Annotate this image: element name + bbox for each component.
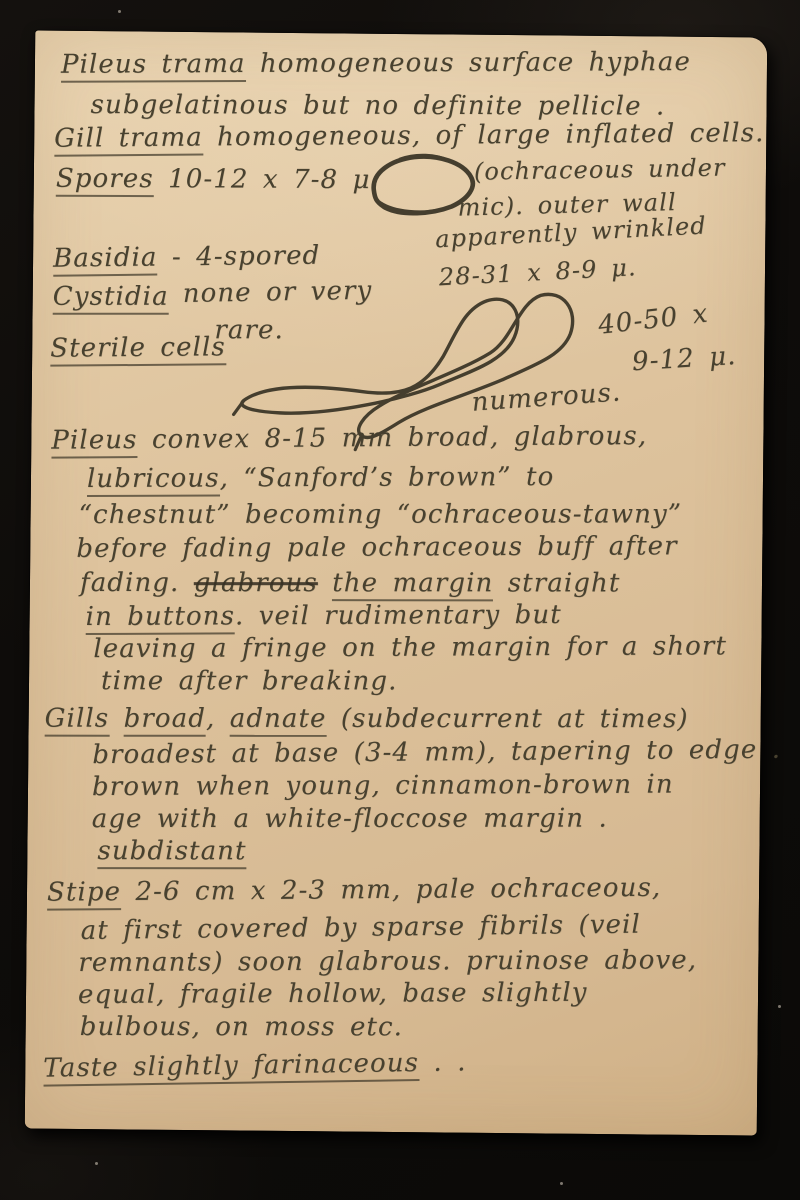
dust-speck (778, 1005, 781, 1008)
note-line-d4: equal, fragile hollow, base slightly (78, 979, 588, 1011)
note-text-segment: . veil rudimentary but (235, 600, 562, 631)
note-text-segment: broad (124, 704, 206, 737)
note-text-segment: “chestnut” becoming “ochraceous-tawny” (79, 499, 683, 530)
note-line-n2: 9-12 μ. (631, 342, 737, 378)
note-line-b5: fading. glabrous the margin straight (80, 569, 620, 599)
note-line-b4: before fading pale ochraceous buff after (76, 532, 677, 565)
note-line-a8: Sterile cells (50, 333, 226, 364)
note-text-segment: . . (419, 1047, 467, 1078)
note-text-segment: Spores (56, 164, 154, 197)
note-line-b7: leaving a fringe on the margin for a sho… (93, 632, 727, 665)
note-text-segment: age with a white-floccose margin . (92, 804, 608, 834)
note-line-a1: Pileus trama homogeneous surface hyphae (61, 48, 691, 81)
note-text-segment: equal, fragile hollow, base slightly (78, 978, 588, 1010)
note-text-segment: 40-50 x (597, 299, 710, 341)
spore-sketch (363, 150, 482, 223)
note-text-segment: 10-12 x 7-8 μ (154, 164, 371, 195)
note-text-segment: Basidia (53, 243, 158, 277)
note-text-segment: , (206, 704, 230, 734)
note-text-segment: fading. (80, 568, 194, 598)
note-text-segment: time after breaking. (101, 666, 397, 696)
dust-speck (95, 1162, 98, 1165)
note-text-segment (109, 704, 123, 734)
sterile-cells-sketch (227, 282, 591, 477)
note-line-a5: Basidia - 4-spored (53, 242, 321, 275)
note-text-segment: Gill trama (54, 123, 203, 157)
note-line-a6: Cystidia (53, 283, 169, 313)
note-text-segment: in buttons (86, 601, 236, 635)
note-text-segment: homogeneous, of large inflated cells. (203, 118, 765, 152)
note-text-segment: Sterile cells (50, 332, 226, 366)
note-text-segment: - 4-spored (157, 241, 320, 273)
note-text-segment: at first covered by sparse fibrils (veil (80, 910, 641, 946)
note-line-c1: Gills broad, adnate (subdecurrent at tim… (45, 705, 689, 735)
note-line-d2: at first covered by sparse fibrils (veil (80, 911, 641, 947)
note-line-n1: 40-50 x (597, 300, 710, 342)
note-line-c5: subdistant (97, 837, 246, 867)
note-text-segment: Cystidia (53, 282, 169, 315)
note-text-segment (318, 568, 332, 598)
note-text-segment: Stipe (47, 877, 121, 911)
note-text-segment: 2-6 cm x 2-3 mm, pale ochraceous, (121, 873, 661, 907)
note-card: Pileus trama homogeneous surface hyphaes… (25, 31, 768, 1136)
note-text-segment: Pileus trama (61, 49, 246, 83)
note-text-segment: homogeneous surface hyphae (245, 47, 691, 79)
note-text-segment: 9-12 μ. (631, 341, 737, 377)
note-line-c3: brown when young, cinnamon-brown in (92, 771, 674, 803)
note-text-segment: lubricous (87, 463, 220, 497)
note-line-b8: time after breaking. (101, 667, 397, 697)
note-text-segment: (subdecurrent at times) (327, 704, 689, 734)
note-line-a4: Spores 10-12 x 7-8 μ (56, 165, 371, 196)
note-text-segment: subgelatinous but no definite pellicle . (91, 90, 666, 122)
note-line-c2: broadest at base (3-4 mm), tapering to e… (92, 736, 781, 771)
note-text-segment: adnate (230, 704, 327, 737)
note-line-d3: remnants) soon glabrous. pruinose above, (78, 946, 697, 979)
note-text-segment: broadest at base (3-4 mm), tapering to e… (92, 735, 781, 770)
note-text-segment: Pileus (51, 425, 137, 459)
note-text-segment: Taste slightly farinaceous (43, 1048, 419, 1087)
note-text-segment: leaving a fringe on the margin for a sho… (93, 631, 727, 664)
note-text-segment: (ochraceous under (474, 154, 726, 186)
note-line-d1: Stipe 2-6 cm x 2-3 mm, pale ochraceous, (47, 874, 661, 909)
photo-background: Pileus trama homogeneous surface hyphaes… (0, 0, 800, 1200)
note-text-segment: bulbous, on moss etc. (80, 1012, 403, 1042)
note-line-d5: bulbous, on moss etc. (80, 1013, 403, 1043)
note-text-segment: glabrous (194, 568, 318, 598)
dust-speck (118, 10, 121, 13)
note-text-segment: Gills (45, 704, 110, 737)
note-text-segment: remnants) soon glabrous. pruinose above, (78, 945, 697, 978)
note-text-segment: straight (493, 568, 620, 598)
note-line-b6: in buttons. veil rudimentary but (86, 601, 562, 633)
note-line-a2: subgelatinous but no definite pellicle . (91, 91, 666, 122)
dust-speck (560, 1182, 563, 1185)
note-text-segment: before fading pale ochraceous buff after (76, 531, 678, 564)
note-line-c4: age with a white-floccose margin . (92, 805, 608, 835)
note-text-segment: brown when young, cinnamon-brown in (92, 770, 674, 803)
note-line-e1: Taste slightly farinaceous . . (43, 1048, 467, 1084)
note-line-b3: “chestnut” becoming “ochraceous-tawny” (79, 500, 683, 530)
note-text-segment: subdistant (97, 836, 246, 869)
note-text-segment: the margin (332, 568, 493, 601)
note-line-sp1: (ochraceous under (474, 155, 726, 187)
